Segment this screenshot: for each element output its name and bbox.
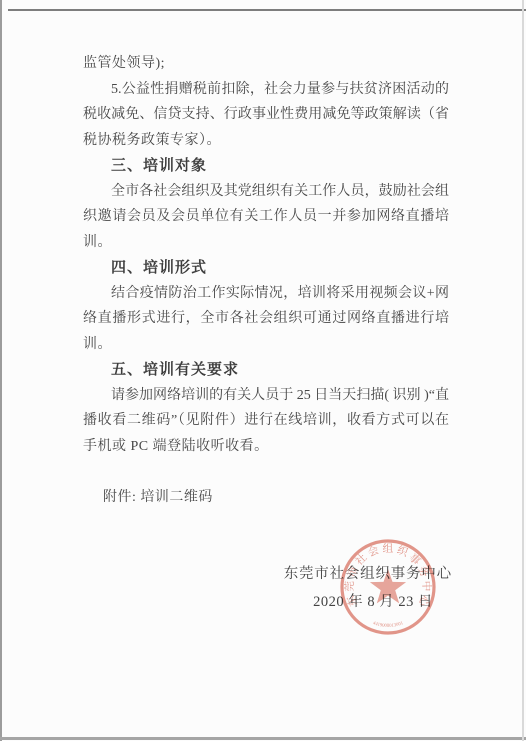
body-line: 5.公益性捐赠税前扣除，社会力量参与扶贫济困活动的 xyxy=(83,77,449,103)
official-seal: 东莞市社会组织事务中心 4419000013001 xyxy=(338,537,438,637)
scan-edge-left xyxy=(0,0,2,741)
body-line: 监管处领导); xyxy=(83,51,449,77)
body-line: 全市各社会组织及其党组织有关工作人员，鼓励社会组 xyxy=(83,179,449,205)
body-line: 络直播形式进行，全市各社会组织可通过网络直播进行培 xyxy=(83,306,449,332)
document-page: 监管处领导); 5.公益性捐赠税前扣除，社会力量参与扶贫济困活动的 税收减免、信… xyxy=(0,0,526,741)
seal-star-icon xyxy=(370,569,406,603)
attachment-note: 附件: 培训二维码 xyxy=(83,485,449,511)
body-line: 税协税务政策专家）。 xyxy=(83,128,449,154)
document-body: 监管处领导); 5.公益性捐赠税前扣除，社会力量参与扶贫济困活动的 税收减免、信… xyxy=(83,51,449,510)
section-heading-5: 五、培训有关要求 xyxy=(83,357,449,383)
body-line: 播收看二维码”（见附件）进行在线培训，收看方式可以在 xyxy=(83,408,449,434)
seal-serial: 4419000013001 xyxy=(372,621,405,629)
scan-edge-right xyxy=(522,0,524,741)
body-line: 结合疫情防治工作实际情况，培训将采用视频会议+网 xyxy=(83,281,449,307)
body-line: 训。 xyxy=(83,332,449,358)
body-line: 税收减免、信贷支持、行政事业性费用减免等政策解读（省 xyxy=(83,102,449,128)
body-line: 训。 xyxy=(83,230,449,256)
scan-edge-bottom xyxy=(0,737,526,740)
section-heading-3: 三、培训对象 xyxy=(83,153,449,179)
body-line: 手机或 PC 端登陆收听收看。 xyxy=(83,434,449,460)
body-line: 织邀请会员及会员单位有关工作人员一并参加网络直播培 xyxy=(83,204,449,230)
section-heading-4: 四、培训形式 xyxy=(83,255,449,281)
svg-text:4419000013001: 4419000013001 xyxy=(372,621,405,629)
scan-edge-top xyxy=(8,9,526,11)
body-line: 请参加网络培训的有关人员于 25 日当天扫描( 识别 )“直 xyxy=(83,383,449,409)
